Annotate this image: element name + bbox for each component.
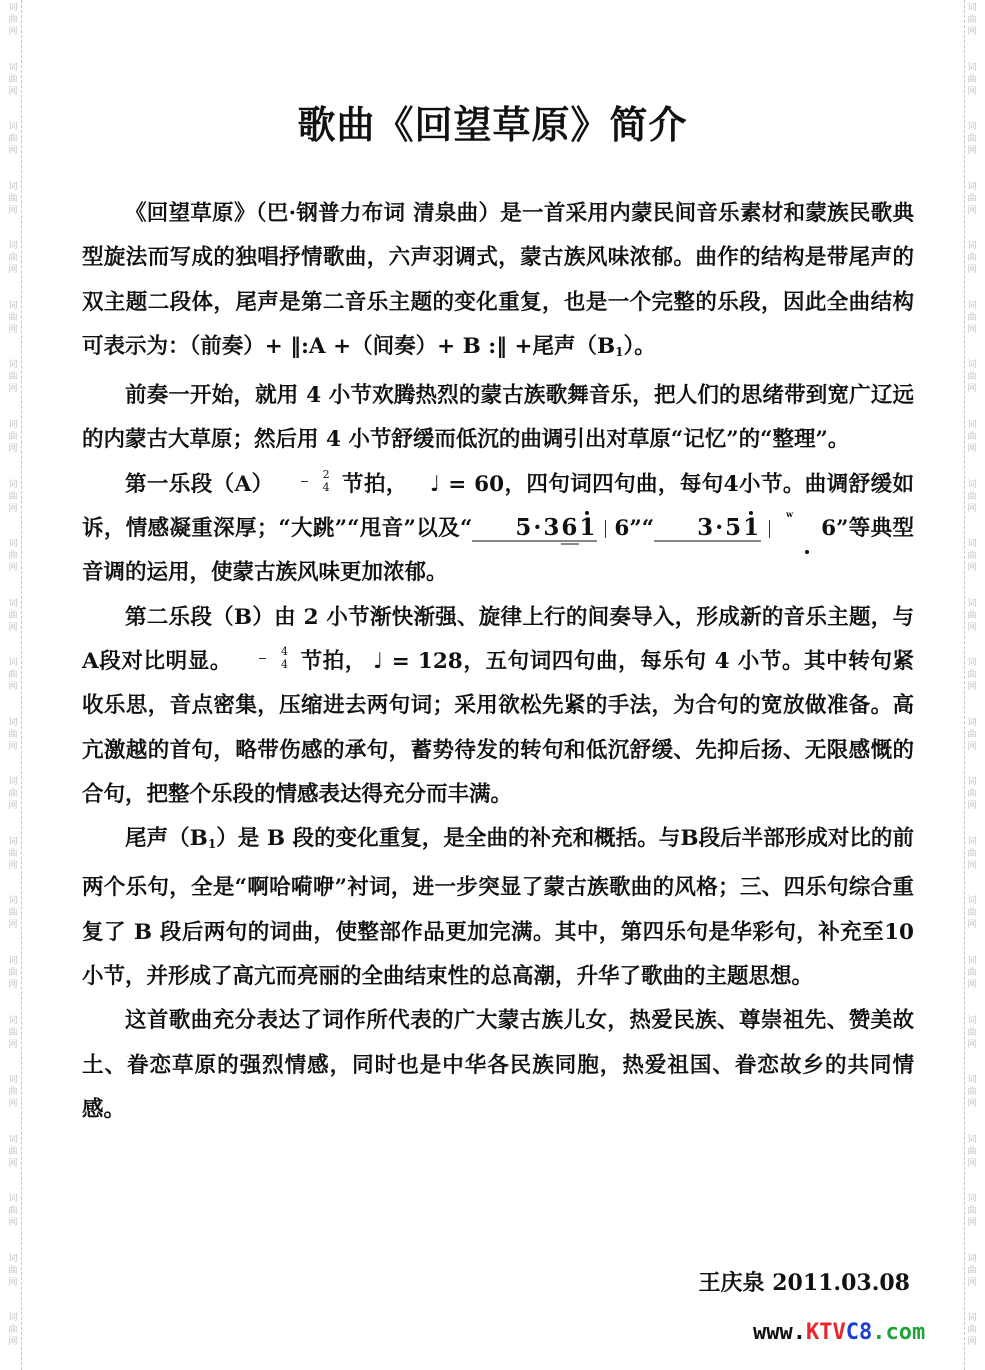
watermark-group: 词曲网 — [967, 298, 976, 358]
watermark-group: 词曲网 — [967, 179, 976, 239]
watermark-char: 网 — [967, 1277, 976, 1289]
watermark-char: 网 — [967, 503, 976, 515]
watermark-group: 词曲网 — [8, 0, 17, 60]
watermark-char: 网 — [967, 622, 976, 634]
watermark-char: 网 — [8, 1098, 17, 1110]
site-logo-ktv: KTV — [806, 1320, 846, 1345]
watermark-char: 词 — [8, 1134, 17, 1146]
watermark-group: 词曲网 — [967, 1072, 976, 1132]
watermark-char: 曲 — [8, 1265, 17, 1277]
document-title: 歌曲《回望草原》简介 — [0, 99, 985, 151]
watermark-char: 曲 — [967, 967, 976, 979]
watermark-group: 词曲网 — [967, 834, 976, 894]
watermark-group: 词曲网 — [967, 1251, 976, 1311]
watermark-char: 词 — [967, 62, 976, 74]
time-sig-bottom: 4 — [280, 483, 330, 493]
watermark-char: 曲 — [967, 610, 976, 622]
watermark-group: 词曲网 — [967, 655, 976, 715]
watermark-group: 词曲网 — [8, 357, 17, 417]
section-b-beat: 节拍， — [300, 649, 367, 674]
watermark-char: 网 — [967, 1336, 976, 1348]
right-watermark-column: 词曲网词曲网词曲网词曲网词曲网词曲网词曲网词曲网词曲网词曲网词曲网词曲网词曲网词… — [955, 0, 985, 1370]
site-logo-www: www. — [753, 1320, 806, 1345]
subscript: 1 — [208, 837, 216, 851]
paragraph-section-b: 第二乐段（B）由 2 小节渐快渐强、旋律上行的间奏导入，形成新的音乐主题，与A段… — [82, 596, 914, 817]
watermark-char: 词 — [8, 776, 17, 788]
watermark-char: 曲 — [8, 1146, 17, 1158]
quarter-note-icon: ♩ — [430, 472, 441, 497]
watermark-char: 网 — [967, 800, 976, 812]
time-sig-top: 4 — [238, 647, 288, 657]
watermark-group: 词曲网 — [967, 477, 976, 537]
watermark-char: 词 — [8, 419, 17, 431]
watermark-char: 曲 — [967, 729, 976, 741]
time-sig-bottom: 4 — [238, 660, 288, 670]
watermark-char: 网 — [8, 919, 17, 931]
watermark-group: 词曲网 — [967, 0, 976, 60]
watermark-char: 网 — [8, 741, 17, 753]
paragraph-section-a: 第一乐段（A）24节拍，♩ = 60，四句词四句曲，每句4小节。曲调舒缓如诉，情… — [82, 463, 914, 596]
watermark-group: 词曲网 — [8, 417, 17, 477]
left-watermark-column: 词曲网词曲网词曲网词曲网词曲网词曲网词曲网词曲网词曲网词曲网词曲网词曲网词曲网词… — [0, 0, 30, 1370]
watermark-char: 网 — [8, 86, 17, 98]
watermark-char: 曲 — [8, 193, 17, 205]
watermark-char: 曲 — [8, 252, 17, 264]
watermark-char: 网 — [967, 383, 976, 395]
subscript: 1 — [615, 345, 623, 359]
watermark-char: 网 — [967, 681, 976, 693]
watermark-char: 词 — [967, 1134, 976, 1146]
paragraph-intro-end: ）。 — [624, 334, 656, 359]
watermark-char: 网 — [8, 979, 17, 991]
watermark-char: 词 — [967, 836, 976, 848]
watermark-group: 词曲网 — [8, 715, 17, 775]
watermark-char: 网 — [967, 26, 976, 38]
watermark-char: 曲 — [967, 252, 976, 264]
jianpu-high-note: 1 — [579, 514, 597, 541]
quarter-note-icon: ♩ — [373, 649, 384, 674]
watermark-group: 词曲网 — [967, 715, 976, 775]
watermark-char: 词 — [967, 1312, 976, 1324]
watermark-char: 网 — [967, 741, 976, 753]
watermark-char: 曲 — [8, 907, 17, 919]
jianpu-notes: 5·3 — [515, 514, 561, 541]
watermark-group: 词曲网 — [967, 1310, 976, 1370]
watermark-char: 词 — [967, 895, 976, 907]
watermark-char: 词 — [967, 1253, 976, 1265]
watermark-char: 网 — [8, 622, 17, 634]
watermark-group: 词曲网 — [967, 1132, 976, 1192]
watermark-char: 词 — [8, 955, 17, 967]
watermark-char: 网 — [967, 324, 976, 336]
watermark-char: 曲 — [967, 788, 976, 800]
watermark-char: 网 — [967, 1039, 976, 1051]
section-a-beat: 节拍， — [342, 472, 408, 497]
watermark-char: 词 — [967, 240, 976, 252]
watermark-char: 词 — [967, 181, 976, 193]
watermark-char: 词 — [8, 1074, 17, 1086]
watermark-group: 词曲网 — [8, 893, 17, 953]
watermark-char: 网 — [967, 1158, 976, 1170]
watermark-char: 网 — [8, 443, 17, 455]
watermark-char: 曲 — [8, 669, 17, 681]
watermark-char: 网 — [8, 264, 17, 276]
watermark-char: 网 — [8, 383, 17, 395]
watermark-char: 词 — [8, 359, 17, 371]
watermark-char: 词 — [8, 1253, 17, 1265]
watermark-char: 词 — [8, 1193, 17, 1205]
watermark-char: 曲 — [8, 431, 17, 443]
section-a-start: 第一乐段（A） — [125, 472, 274, 497]
watermark-char: 曲 — [8, 729, 17, 741]
watermark-char: 曲 — [967, 1146, 976, 1158]
watermark-group: 词曲网 — [8, 238, 17, 298]
watermark-group: 词曲网 — [967, 357, 976, 417]
watermark-char: 曲 — [8, 312, 17, 324]
watermark-group: 词曲网 — [967, 953, 976, 1013]
jianpu-high-note: w1 — [743, 514, 761, 541]
watermark-char: 词 — [967, 1193, 976, 1205]
watermark-char: 词 — [967, 359, 976, 371]
watermark-char: 曲 — [967, 74, 976, 86]
watermark-char: 曲 — [967, 491, 976, 503]
watermark-char: 词 — [8, 240, 17, 252]
time-signature-4-4: 44 — [238, 647, 288, 670]
watermark-char: 网 — [8, 1277, 17, 1289]
time-sig-top: 2 — [280, 470, 330, 480]
watermark-char: 网 — [8, 1336, 17, 1348]
jianpu-phrase-1: 5·361 — [472, 516, 597, 542]
watermark-char: 曲 — [967, 669, 976, 681]
watermark-char: 网 — [8, 860, 17, 872]
watermark-char: 词 — [8, 300, 17, 312]
watermark-group: 词曲网 — [8, 655, 17, 715]
watermark-char: 词 — [967, 479, 976, 491]
document-body: 《回望草原》（巴·钢普力布词 清泉曲）是一首采用内蒙民间音乐素材和蒙族民歌典型旋… — [82, 192, 914, 1132]
watermark-char: 网 — [8, 1158, 17, 1170]
watermark-group: 词曲网 — [8, 536, 17, 596]
quote-marks: ”“ — [629, 516, 654, 541]
watermark-char: 曲 — [8, 371, 17, 383]
watermark-char: 网 — [8, 800, 17, 812]
watermark-group: 词曲网 — [967, 536, 976, 596]
watermark-char: 网 — [8, 562, 17, 574]
watermark-char: 曲 — [967, 312, 976, 324]
jianpu-note: 6 — [614, 516, 629, 541]
watermark-char: 曲 — [967, 431, 976, 443]
watermark-char: 网 — [967, 562, 976, 574]
watermark-char: 网 — [967, 860, 976, 872]
watermark-group: 词曲网 — [8, 477, 17, 537]
watermark-char: 网 — [8, 324, 17, 336]
coda-start: 尾声（B — [125, 826, 208, 851]
watermark-char: 曲 — [8, 1324, 17, 1336]
watermark-char: 词 — [967, 955, 976, 967]
jianpu-note: 6 — [561, 514, 579, 545]
watermark-char: 词 — [8, 479, 17, 491]
watermark-group: 词曲网 — [8, 1310, 17, 1370]
watermark-char: 网 — [967, 264, 976, 276]
watermark-char: 网 — [967, 86, 976, 98]
watermark-char: 曲 — [8, 1086, 17, 1098]
watermark-char: 曲 — [967, 1086, 976, 1098]
watermark-char: 曲 — [8, 74, 17, 86]
watermark-char: 曲 — [967, 1205, 976, 1217]
watermark-char: 网 — [8, 503, 17, 515]
site-logo-c8: C8 — [846, 1320, 873, 1345]
watermark-char: 网 — [967, 919, 976, 931]
watermark-char: 网 — [967, 443, 976, 455]
watermark-char: 词 — [8, 62, 17, 74]
watermark-char: 网 — [8, 681, 17, 693]
paragraph-conclusion: 这首歌曲充分表达了词作所代表的广大蒙古族儿女，热爱民族、尊崇祖先、赞美故土、眷恋… — [82, 999, 914, 1132]
watermark-char: 曲 — [967, 1027, 976, 1039]
watermark-char: 曲 — [8, 1027, 17, 1039]
watermark-char: 曲 — [8, 491, 17, 503]
watermark-group: 词曲网 — [8, 834, 17, 894]
time-signature-2-4: 24 — [280, 470, 330, 493]
bar-line — [605, 520, 606, 538]
watermark-char: 词 — [967, 1015, 976, 1027]
watermark-char: 曲 — [8, 14, 17, 26]
watermark-char: 曲 — [967, 193, 976, 205]
watermark-char: 曲 — [967, 371, 976, 383]
watermark-char: 词 — [967, 657, 976, 669]
watermark-char: 网 — [8, 26, 17, 38]
watermark-char: 曲 — [967, 1265, 976, 1277]
watermark-char: 词 — [967, 2, 976, 14]
watermark-char: 曲 — [8, 550, 17, 562]
watermark-char: 词 — [8, 717, 17, 729]
watermark-group: 词曲网 — [8, 1013, 17, 1073]
watermark-char: 网 — [967, 205, 976, 217]
watermark-char: 词 — [967, 717, 976, 729]
watermark-char: 词 — [8, 538, 17, 550]
watermark-char: 词 — [8, 1015, 17, 1027]
watermark-group: 词曲网 — [967, 774, 976, 834]
watermark-group: 词曲网 — [967, 596, 976, 656]
watermark-group: 词曲网 — [8, 596, 17, 656]
jianpu-phrase-2: 3·5w1 — [654, 516, 761, 542]
watermark-char: 词 — [8, 895, 17, 907]
watermark-char: 词 — [8, 836, 17, 848]
watermark-char: 网 — [8, 205, 17, 217]
watermark-group: 词曲网 — [967, 417, 976, 477]
watermark-char: 曲 — [8, 1205, 17, 1217]
watermark-char: 词 — [967, 419, 976, 431]
jianpu-low-note: 6 — [778, 507, 836, 551]
watermark-group: 词曲网 — [8, 1072, 17, 1132]
watermark-char: 曲 — [8, 967, 17, 979]
watermark-group: 词曲网 — [967, 1191, 976, 1251]
watermark-char: 曲 — [8, 610, 17, 622]
watermark-char: 词 — [8, 598, 17, 610]
watermark-group: 词曲网 — [8, 774, 17, 834]
jianpu-notes: 3·5 — [697, 514, 743, 541]
watermark-group: 词曲网 — [8, 1251, 17, 1311]
watermark-char: 曲 — [8, 788, 17, 800]
watermark-group: 词曲网 — [967, 1013, 976, 1073]
watermark-char: 词 — [8, 657, 17, 669]
watermark-group: 词曲网 — [8, 953, 17, 1013]
watermark-char: 曲 — [8, 848, 17, 860]
watermark-char: 词 — [8, 1312, 17, 1324]
paragraph-intro-text: 《回望草原》（巴·钢普力布词 清泉曲）是一首采用内蒙民间音乐素材和蒙族民歌典型旋… — [82, 201, 914, 359]
watermark-group: 词曲网 — [8, 1132, 17, 1192]
watermark-char: 词 — [967, 1074, 976, 1086]
paragraph-prelude: 前奏一开始，就用 4 小节欢腾热烈的蒙古族歌舞音乐，把人们的思绪带到宽广辽远的内… — [82, 374, 914, 463]
watermark-char: 词 — [967, 538, 976, 550]
watermark-char: 词 — [967, 598, 976, 610]
watermark-group: 词曲网 — [8, 298, 17, 358]
watermark-char: 网 — [967, 1217, 976, 1229]
site-logo-com: .com — [872, 1320, 925, 1345]
watermark-char: 网 — [8, 1039, 17, 1051]
watermark-char: 曲 — [967, 848, 976, 860]
watermark-char: 曲 — [967, 550, 976, 562]
watermark-char: 网 — [8, 1217, 17, 1229]
watermark-group: 词曲网 — [8, 1191, 17, 1251]
watermark-char: 词 — [8, 2, 17, 14]
paragraph-coda: 尾声（B1）是 B 段的变化重复，是全曲的补充和概括。与B段后半部形成对比的前两… — [82, 817, 914, 999]
watermark-group: 词曲网 — [967, 238, 976, 298]
paragraph-intro: 《回望草原》（巴·钢普力布词 清泉曲）是一首采用内蒙民间音乐素材和蒙族民歌典型旋… — [82, 192, 914, 374]
watermark-char: 词 — [8, 181, 17, 193]
author-signature: 王庆泉 2011.03.08 — [699, 1266, 910, 1300]
watermark-char: 曲 — [967, 1324, 976, 1336]
watermark-char: 曲 — [967, 907, 976, 919]
watermark-char: 网 — [967, 979, 976, 991]
watermark-char: 词 — [967, 300, 976, 312]
site-logo: www.KTVC8.com — [753, 1320, 925, 1346]
watermark-char: 曲 — [967, 14, 976, 26]
watermark-group: 词曲网 — [967, 893, 976, 953]
watermark-group: 词曲网 — [8, 179, 17, 239]
watermark-char: 词 — [967, 776, 976, 788]
watermark-char: 网 — [967, 1098, 976, 1110]
